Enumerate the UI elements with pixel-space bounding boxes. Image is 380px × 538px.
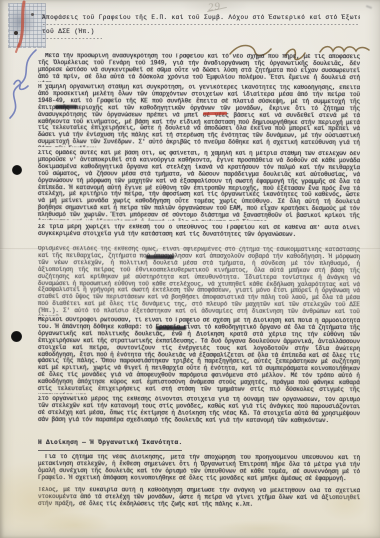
paragraph-5: Ὁρισμένες σελίδες τῆς ἔκθεσης ὅμως, εἶνα…	[38, 246, 360, 317]
paper-stain	[215, 520, 305, 538]
scanned-document-page: 29 Ἀποφάσεις τοῦ Γραφείου τῆς Ε.Π. καί τ…	[0, 0, 380, 538]
ink-smudge-mark	[156, 326, 186, 330]
paragraph-1: Μετά τήν προσωρινή ἀνασυγκρότηση τοῦ Γρα…	[38, 53, 360, 83]
title-underline-2: ------------------------------	[42, 35, 102, 41]
paragraph-6: Μερικοί σύντροφοι ρωτοῦσαν, τί εἶναι τό …	[38, 317, 360, 395]
ink-smudge-mark	[55, 105, 77, 109]
punch-hole-bottom	[11, 331, 22, 342]
paragraph-8: Γιά τό ζήτημα τῆς νέας Διοίκησης, μετά τ…	[38, 454, 360, 484]
paper-stain	[40, 512, 110, 538]
corner-mark	[366, 5, 372, 9]
section-heading: Ἡ Διοίκηση — Ἡ Ὀργανωτική Ἱκανότητα.	[38, 439, 182, 451]
fold-crease-line	[0, 248, 380, 250]
document-title-line-1: Ἀποφάσεις τοῦ Γραφείου τῆς Ε.Π. καί τοῦ …	[42, 14, 360, 21]
paragraph-2: Ἡ χαμηλή ὀργανωτική στάθμη καί συγκρότησ…	[38, 84, 360, 148]
punch-hole-top	[12, 165, 22, 175]
paragraph-3: Στίς ὁμάδες αὐτές καί μέ βάση ὅτι, ὡς φα…	[38, 150, 360, 221]
title-underline-1: ----------------------------------------…	[42, 21, 358, 27]
paragraph-9: Τέλος, μέ τήν εὐκαιρία αὐτή ἡ καθοδήγηση…	[38, 487, 360, 510]
paragraph-4: Σέ τρία μέρη χωρίζει τήν ἔκθεσή του ὁ ὑπ…	[38, 224, 360, 240]
ink-smudge-mark	[146, 255, 174, 259]
document-title-line-2: τοῦ ΔΣΕ (Ἠπ.)	[42, 28, 162, 35]
pencil-page-number: 29	[207, 0, 221, 13]
red-underline-mark	[203, 112, 227, 115]
paragraph-7: Στό ὀργανωτικό μέρος τῆς ἔκθεσης δίνοντα…	[38, 396, 360, 426]
